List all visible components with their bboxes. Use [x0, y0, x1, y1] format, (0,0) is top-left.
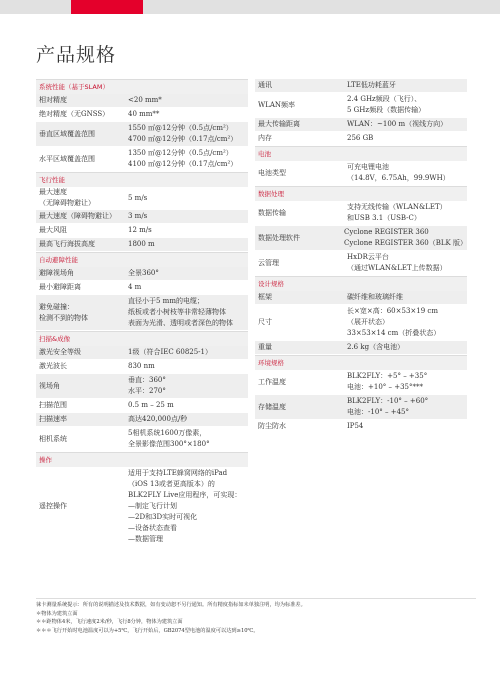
- spec-row: 激光波长830 nm: [36, 360, 248, 374]
- spec-value-line: 高达420,000点/秒: [128, 414, 248, 425]
- spec-value-line: —数据管理: [128, 534, 248, 545]
- spec-value: 1350 ㎡@12分钟（0.5点/cm²）4100 ㎡@12分钟（0.17点/c…: [128, 147, 248, 171]
- spec-row: 尺寸长×宽×高：60×53×19 cm（展开状态）33×53×14 cm（折叠状…: [255, 305, 467, 341]
- spec-row: 存储温度BLK2FLY：-10° – +60°电池：-10° – +45°: [255, 395, 467, 420]
- spec-label: 最大风阻: [36, 225, 128, 236]
- spec-label: 避免碰撞： 检测不到的物体: [36, 302, 128, 324]
- spec-value-line: 2.6 kg（含电池）: [347, 342, 467, 353]
- spec-value-line: 1350 ㎡@12分钟（0.5点/cm²）: [128, 148, 248, 159]
- section-header: 设计规格: [255, 276, 467, 291]
- section-header: 自动避障性能: [36, 252, 248, 267]
- spec-value-line: 40 mm**: [128, 109, 248, 120]
- spec-row: 扫描范围0.5 m – 25 m: [36, 399, 248, 413]
- spec-value-line: 碳纤维和玻璃纤维: [347, 292, 467, 303]
- spec-value-line: HxDR云平台: [347, 252, 467, 263]
- spec-value: 1550 ㎡@12分钟（0.5点/cm²）4700 ㎡@12分钟（0.17点/c…: [128, 122, 248, 146]
- spec-value-line: 1800 m: [128, 239, 248, 250]
- spec-label: 相对精度: [36, 95, 128, 106]
- spec-value: BLK2FLY：-10° – +60°电池：-10° – +45°: [347, 395, 467, 419]
- spec-row: 云管理HxDR云平台（通过WLAN&LET上传数据）: [255, 251, 467, 276]
- spec-value: 支持无线传输（WLAN&LET）和USB 3.1（USB-C）: [347, 201, 467, 225]
- spec-value-line: 全景影像范围300°×180°: [128, 439, 248, 450]
- spec-value-line: 长×宽×高：60×53×19 cm: [347, 306, 467, 317]
- spec-value: 碳纤维和玻璃纤维: [347, 291, 467, 304]
- spec-value: 256 GB: [347, 132, 467, 145]
- brand-accent-block: [71, 0, 143, 14]
- spec-value-line: 电池：-10° – +45°: [347, 407, 467, 418]
- section-header: 电池: [255, 146, 467, 161]
- spec-label: 最大速度（障碍物避让）: [36, 211, 128, 222]
- spec-value: 直径小于5 mm的电缆；纸板或者小树枝等非常轻薄物体表面为光滑、透明或者深色的物…: [128, 295, 248, 330]
- spec-row: 最大速度 （无障碍物避让）5 m/s: [36, 187, 248, 210]
- section-header: 飞行性能: [36, 172, 248, 187]
- spec-value-line: 垂直：360°: [128, 375, 248, 386]
- spec-value: 垂直：360°水平：270°: [128, 374, 248, 398]
- spec-value-line: 5 m/s: [128, 193, 248, 204]
- spec-label: 相机系统: [36, 434, 128, 445]
- spec-row: 避障视场角全景360°: [36, 267, 248, 281]
- spec-row: 相对精度<20 mm*: [36, 94, 248, 108]
- spec-label: 防尘防水: [255, 421, 347, 432]
- spec-row: WLAN频率2.4 GHz频段（飞行）、5 GHz频段（数据传输）: [255, 93, 467, 118]
- spec-label: 电池类型: [255, 168, 347, 179]
- spec-label: 激光波长: [36, 361, 128, 372]
- spec-value-line: IP54: [347, 421, 467, 432]
- section-header: 系统性能（基于SLAM）: [36, 79, 248, 94]
- spec-value: 3 m/s: [128, 210, 248, 223]
- spec-label: 重量: [255, 342, 347, 353]
- spec-value-line: BLK2FLY：+5° – +35°: [347, 371, 467, 382]
- spec-value-line: 支持无线传输（WLAN&LET）: [347, 202, 467, 213]
- spec-value-line: —制定飞行计划: [128, 501, 248, 512]
- spec-value: 1800 m: [128, 238, 248, 251]
- spec-label: 存储温度: [255, 402, 347, 413]
- spec-value-line: 0.5 m – 25 m: [128, 400, 248, 411]
- spec-label: 水平区域覆盖范围: [36, 154, 128, 165]
- spec-row: 最大传输距离WLAN：~100 m（视线方向）: [255, 118, 467, 132]
- spec-label: 垂直区域覆盖范围: [36, 129, 128, 140]
- spec-value: 2.6 kg（含电池）: [347, 341, 467, 354]
- spec-value: 4 m: [128, 281, 248, 294]
- spec-row: 通讯LTE低功耗蓝牙: [255, 79, 467, 93]
- spec-label: 激光安全等级: [36, 347, 128, 358]
- spec-value-line: 可充电锂电池: [347, 162, 467, 173]
- spec-row: 最大速度（障碍物避让）3 m/s: [36, 210, 248, 224]
- spec-value-line: 3 m/s: [128, 211, 248, 222]
- spec-value-line: 12 m/s: [128, 225, 248, 236]
- spec-row: 数据传输支持无线传输（WLAN&LET）和USB 3.1（USB-C）: [255, 201, 467, 226]
- spec-row: 电池类型可充电锂电池（14.8V，6.75Ah，99.9WH）: [255, 161, 467, 186]
- spec-value-line: 适用于支持LTE蜂窝网络的iPad: [128, 468, 248, 479]
- spec-value-line: —2D和3D实时可视化: [128, 512, 248, 523]
- spec-row: 绝对精度（无GNSS）40 mm**: [36, 108, 248, 122]
- spec-label: 最大传输距离: [255, 119, 347, 130]
- spec-row: 扫描速率高达420,000点/秒: [36, 413, 248, 427]
- spec-label: 工作温度: [255, 377, 347, 388]
- spec-value-line: （展开状态）: [347, 317, 467, 328]
- spec-row: 防尘防水IP54: [255, 420, 467, 434]
- spec-value: 830 nm: [128, 360, 248, 373]
- spec-value-line: 和USB 3.1（USB-C）: [347, 213, 467, 224]
- spec-value: WLAN：~100 m（视线方向）: [347, 118, 467, 131]
- spec-value: 全景360°: [128, 267, 248, 280]
- spec-value-line: （14.8V，6.75Ah，99.9WH）: [347, 173, 467, 184]
- spec-value: 0.5 m – 25 m: [128, 399, 248, 412]
- spec-label: 扫描速率: [36, 414, 128, 425]
- spec-row: 最大风阻12 m/s: [36, 224, 248, 238]
- footnote: ＊物体为建筑立面: [36, 610, 476, 619]
- spec-value: <20 mm*: [128, 94, 248, 107]
- spec-row: 避免碰撞： 检测不到的物体直径小于5 mm的电缆；纸板或者小树枝等非常轻薄物体表…: [36, 295, 248, 331]
- spec-value: 可充电锂电池（14.8V，6.75Ah，99.9WH）: [347, 161, 467, 185]
- spec-value: 5 m/s: [128, 192, 248, 205]
- spec-label: 视场角: [36, 381, 128, 392]
- spec-value-line: 直径小于5 mm的电缆；: [128, 296, 248, 307]
- spec-value: 长×宽×高：60×53×19 cm（展开状态）33×53×14 cm（折叠状态）: [347, 305, 467, 340]
- spec-row: 最小避障距离4 m: [36, 281, 248, 295]
- spec-row: 重量2.6 kg（含电池）: [255, 341, 467, 355]
- spec-value: BLK2FLY：+5° – +35°电池：+10° – +35°***: [347, 370, 467, 394]
- spec-label: 通讯: [255, 80, 347, 91]
- spec-row: 相机系统5相机系统1600万像素，全景影像范围300°×180°: [36, 427, 248, 452]
- spec-row: 视场角垂直：360°水平：270°: [36, 374, 248, 399]
- spec-label: 扫描范围: [36, 400, 128, 411]
- spec-value-line: 2.4 GHz频段（飞行）、: [347, 94, 467, 105]
- spec-value-line: 4100 ㎡@12分钟（0.17点/cm²）: [128, 159, 248, 170]
- spec-value-line: —设备状态查看: [128, 523, 248, 534]
- spec-value-line: （通过WLAN&LET上传数据）: [347, 263, 467, 274]
- spec-value: LTE低功耗蓝牙: [347, 79, 467, 92]
- spec-value-line: <20 mm*: [128, 95, 248, 106]
- spec-value: Cyclone REGISTER 360Cyclone REGISTER 360…: [344, 226, 467, 250]
- section-header: 数据处理: [255, 186, 467, 201]
- spec-label: WLAN频率: [255, 100, 347, 111]
- spec-value-line: BLK2FLY：-10° – +60°: [347, 396, 467, 407]
- spec-label: 云管理: [255, 258, 347, 269]
- spec-value-line: 4 m: [128, 282, 248, 293]
- spec-value: 适用于支持LTE蜂窝网络的iPad（iOS 13或者更高版本）的BLK2FLY …: [128, 467, 248, 546]
- spec-value-line: Cyclone REGISTER 360: [344, 227, 467, 238]
- spec-value-line: BLK2FLY Live应用程序，可实现：: [128, 490, 248, 501]
- spec-row: 垂直区域覆盖范围1550 ㎡@12分钟（0.5点/cm²）4700 ㎡@12分钟…: [36, 122, 248, 147]
- spec-label: 遥控操作: [36, 501, 128, 512]
- spec-value-line: Cyclone REGISTER 360（BLK 版）: [344, 238, 467, 249]
- page-title: 产品规格: [36, 40, 116, 67]
- spec-row: 水平区域覆盖范围1350 ㎡@12分钟（0.5点/cm²）4100 ㎡@12分钟…: [36, 147, 248, 172]
- top-banner: [0, 0, 500, 14]
- section-header: 扫描&成像: [36, 331, 248, 346]
- spec-row: 数据处理软件Cyclone REGISTER 360Cyclone REGIST…: [255, 226, 467, 251]
- spec-value: HxDR云平台（通过WLAN&LET上传数据）: [347, 251, 467, 275]
- spec-value-line: 纸板或者小树枝等非常轻薄物体: [128, 307, 248, 318]
- spec-value: 12 m/s: [128, 224, 248, 237]
- spec-value-line: 830 nm: [128, 361, 248, 372]
- spec-value-line: 5 GHz频段（数据传输）: [347, 105, 467, 116]
- spec-label: 数据传输: [255, 208, 347, 219]
- spec-value-line: 表面为光滑、透明或者深色的物体: [128, 318, 248, 329]
- spec-label: 内存: [255, 133, 347, 144]
- spec-label: 框架: [255, 292, 347, 303]
- footnote: 徕卡测量系统提示：所有的说明描述及技术数据，如有变动恕不另行通知。所有精度指标如…: [36, 601, 476, 610]
- spec-value-line: 电池：+10° – +35°***: [347, 382, 467, 393]
- spec-label: 绝对精度（无GNSS）: [36, 109, 128, 120]
- spec-value-line: 水平：270°: [128, 386, 248, 397]
- spec-column-left: 系统性能（基于SLAM）相对精度<20 mm*绝对精度（无GNSS）40 mm*…: [36, 79, 248, 547]
- spec-value-line: WLAN：~100 m（视线方向）: [347, 119, 467, 130]
- spec-value-line: 1550 ㎡@12分钟（0.5点/cm²）: [128, 123, 248, 134]
- spec-label: 避障视场角: [36, 268, 128, 279]
- footnote: ＊＊距物体4米，飞行速度2米/秒，飞行8分钟，物体为建筑立面: [36, 618, 476, 627]
- spec-row: 工作温度BLK2FLY：+5° – +35°电池：+10° – +35°***: [255, 370, 467, 395]
- spec-value: 40 mm**: [128, 108, 248, 121]
- spec-label: 最小避障距离: [36, 282, 128, 293]
- spec-row: 遥控操作适用于支持LTE蜂窝网络的iPad（iOS 13或者更高版本）的BLK2…: [36, 467, 248, 547]
- spec-value-line: LTE低功耗蓝牙: [347, 80, 467, 91]
- spec-value-line: 256 GB: [347, 133, 467, 144]
- spec-row: 激光安全等级1级（符合IEC 60825-1）: [36, 346, 248, 360]
- spec-value: 2.4 GHz频段（飞行）、5 GHz频段（数据传输）: [347, 93, 467, 117]
- footnote: ＊＊＊飞行开始时电池温度可以为+5℃，飞行开始后，GB2074型电池的温度可以达…: [36, 627, 476, 636]
- spec-value-line: （iOS 13或者更高版本）的: [128, 479, 248, 490]
- spec-value-line: 5相机系统1600万像素，: [128, 428, 248, 439]
- spec-label: 最高飞行海拔高度: [36, 239, 128, 250]
- spec-row: 最高飞行海拔高度1800 m: [36, 238, 248, 252]
- spec-label: 尺寸: [255, 317, 347, 328]
- spec-value-line: 4700 ㎡@12分钟（0.17点/cm²）: [128, 134, 248, 145]
- section-header: 操作: [36, 452, 248, 467]
- spec-label: 最大速度 （无障碍物避让）: [36, 187, 128, 209]
- spec-value-line: 全景360°: [128, 268, 248, 279]
- spec-column-right: 通讯LTE低功耗蓝牙WLAN频率2.4 GHz频段（飞行）、5 GHz频段（数据…: [255, 79, 467, 434]
- spec-value: 高达420,000点/秒: [128, 413, 248, 426]
- spec-row: 内存256 GB: [255, 132, 467, 146]
- section-header: 环境规格: [255, 355, 467, 370]
- spec-row: 框架碳纤维和玻璃纤维: [255, 291, 467, 305]
- spec-value: 5相机系统1600万像素，全景影像范围300°×180°: [128, 427, 248, 451]
- spec-value-line: 33×53×14 cm（折叠状态）: [347, 328, 467, 339]
- footnotes: 徕卡测量系统提示：所有的说明描述及技术数据，如有变动恕不另行通知。所有精度指标如…: [36, 598, 476, 635]
- spec-value: IP54: [347, 420, 467, 433]
- spec-value: 1级（符合IEC 60825-1）: [128, 346, 248, 359]
- spec-value-line: 1级（符合IEC 60825-1）: [128, 347, 248, 358]
- spec-label: 数据处理软件: [255, 233, 344, 244]
